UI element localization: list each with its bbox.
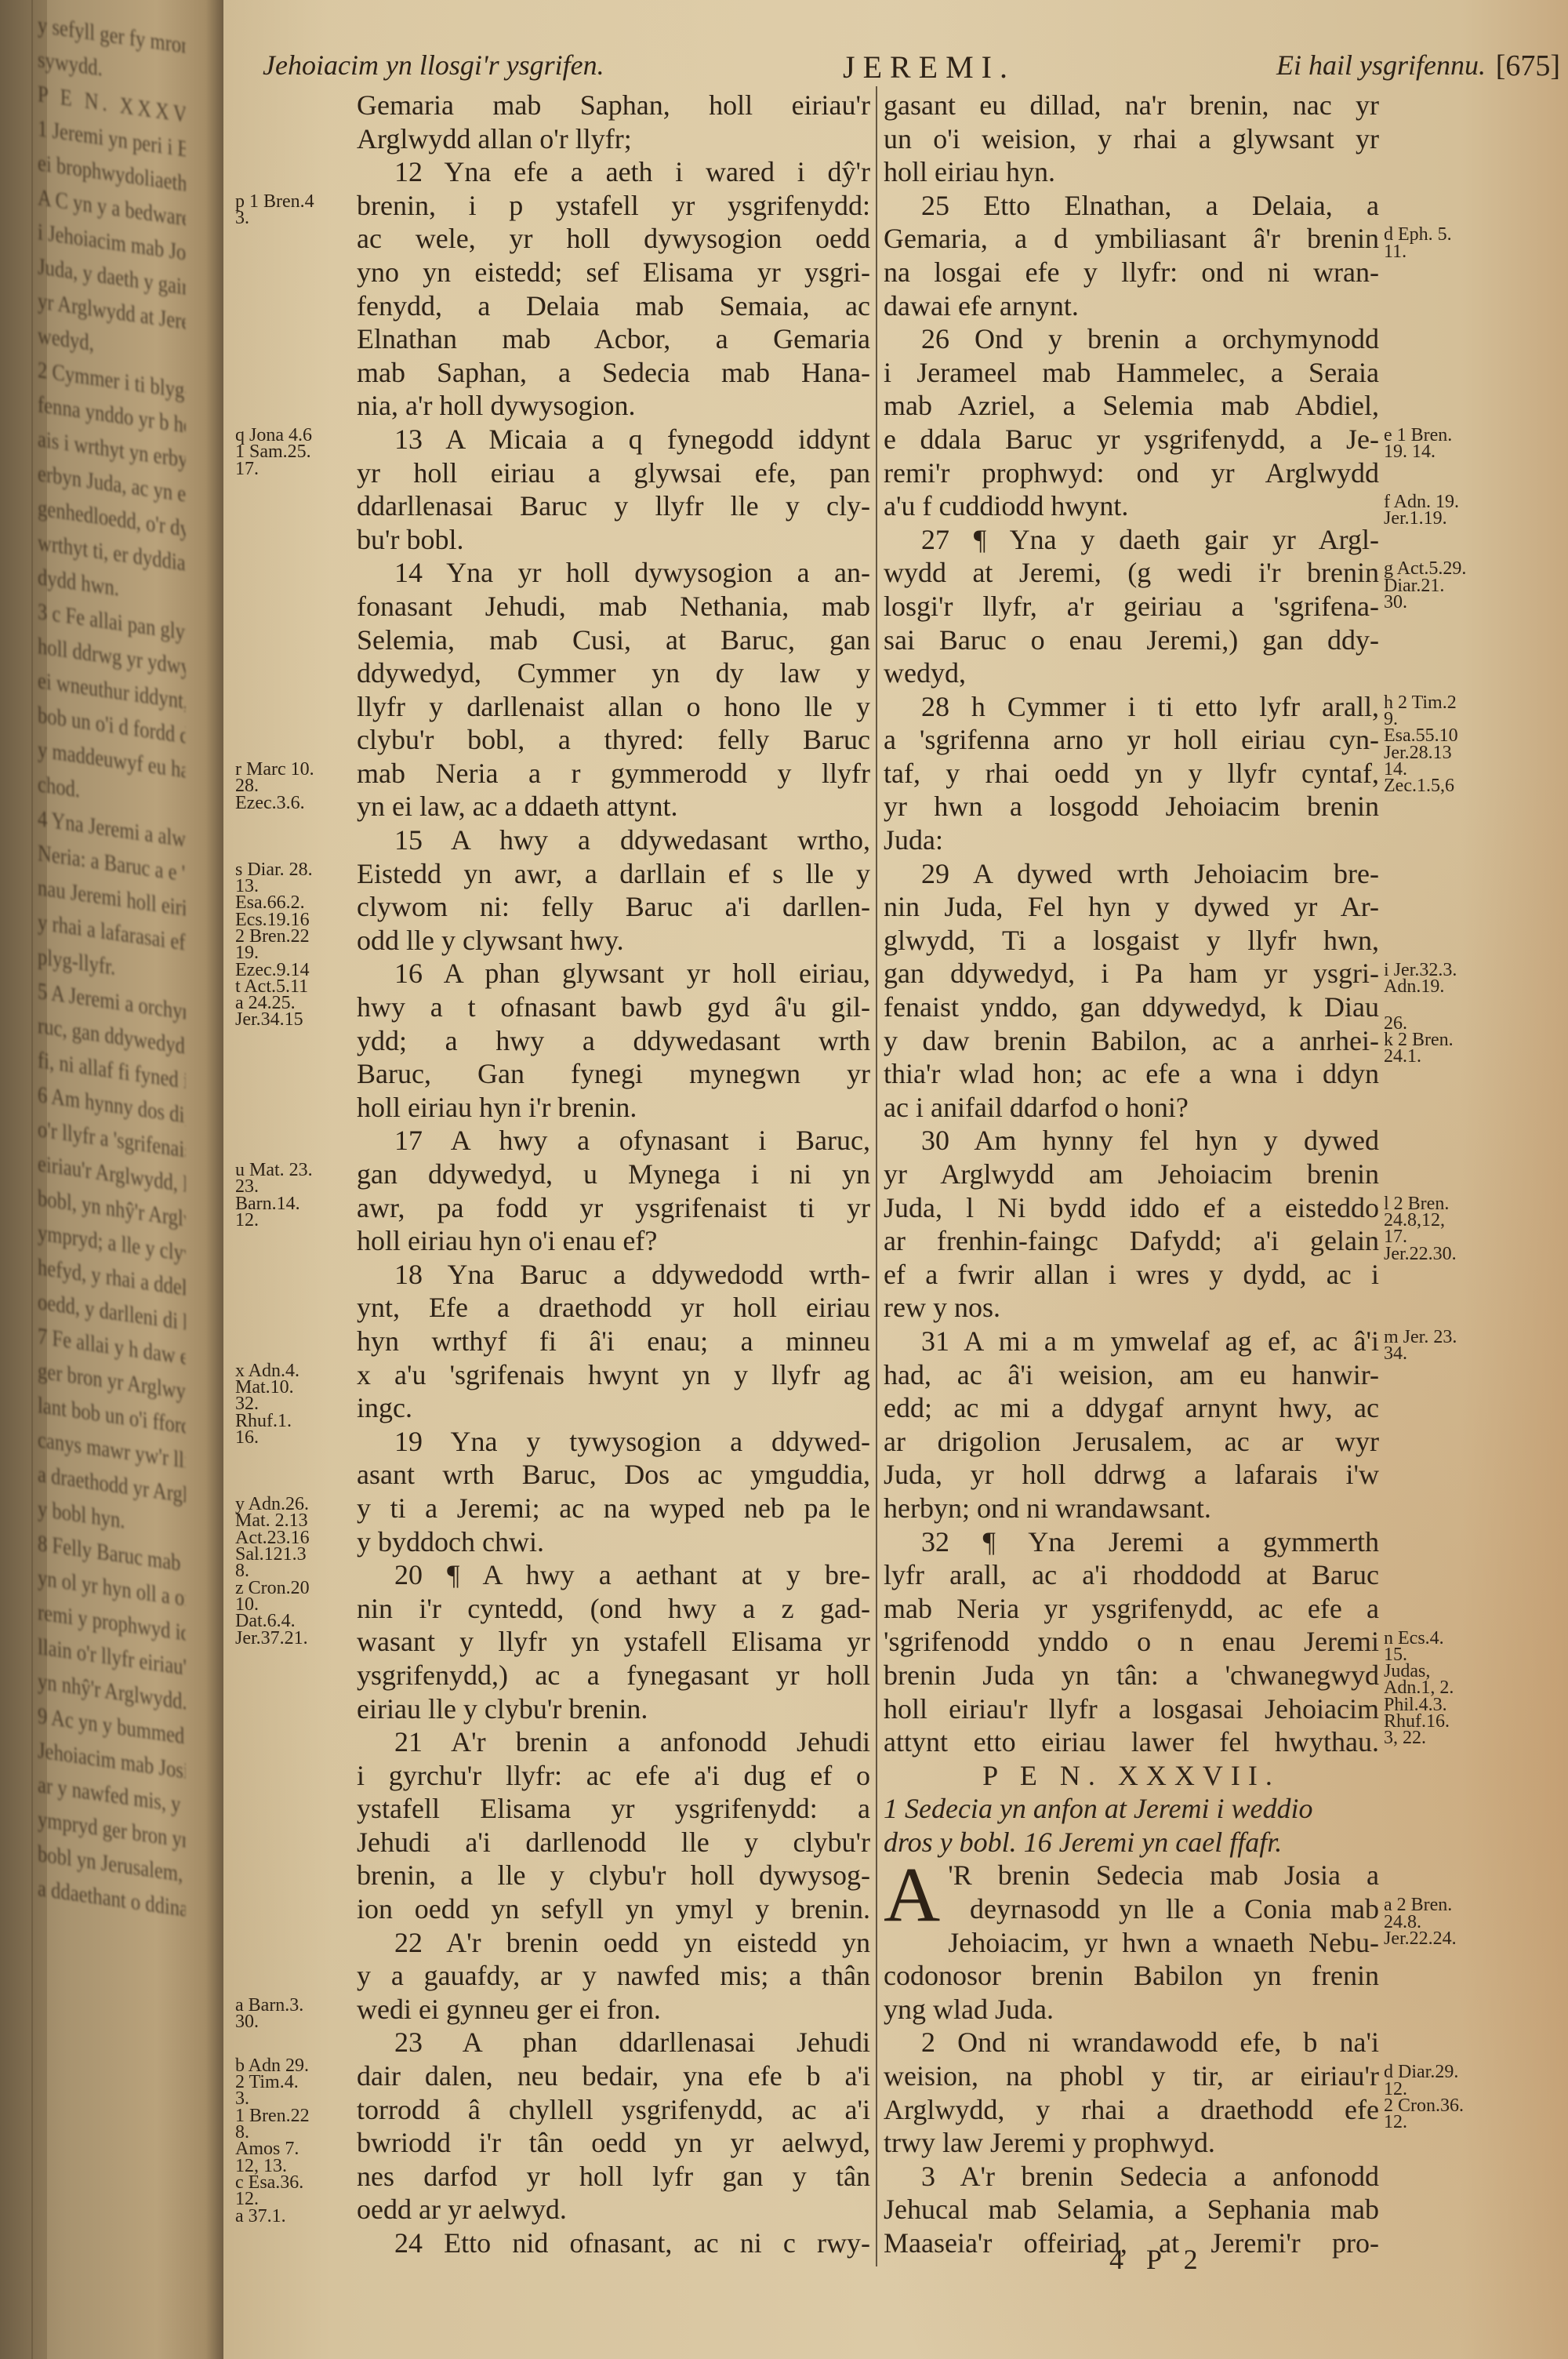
verse-line: mab Azriel, a Selemia mab Abdiel, [884,389,1379,423]
previous-page-text: y sefyll ger fy mron isywydd.P E N. XXXV… [38,8,186,1927]
verse-line: 19 Yna y tywysogion a ddywed- [357,1425,870,1459]
chapter-summary-line: dros y bobl. 16 Jeremi yn cael ffafr. [884,1826,1379,1859]
verse-line: eiriau lle y clybu'r brenin. [357,1692,870,1726]
verse-line: yno yn eistedd; sef Elisama yr ysgri- [357,256,870,289]
verse-line: 13 A Micaia a q fynegodd iddynt [357,423,870,456]
verse-line: nia, a'r holl dywysogion. [357,389,870,423]
right-text-column: gasant eu dillad, na'r brenin, nac yrun … [884,89,1379,2260]
verse-line: Elnathan mab Acbor, a Gemaria [357,322,870,356]
verse-line: 31 A mi a m ymwelaf ag ef, ac â'i [884,1325,1379,1358]
verse-line: ef a fwrir allan i wres y dydd, ac i [884,1258,1379,1292]
verse-line: dawai efe arnynt. [884,289,1379,323]
previous-page-curl: y sefyll ger fy mron isywydd.P E N. XXXV… [0,0,223,2359]
verse-line-text: 'R brenin Sedecia mab Josia a [948,1859,1379,1891]
verse-line: ddarllenasai Baruc y llyfr lle y cly- [357,489,870,523]
verse-line: Jehucal mab Selamia, a Sephania mab [884,2193,1379,2226]
verse-line: Selemia, mab Cusi, at Baruc, gan [357,623,870,657]
verse-line: taf, y rhai oedd yn y llyfr cyntaf, [884,757,1379,791]
cross-reference-note: b Adn 29. 2 Tim.4. 3. 1 Bren.22 8. Amos … [235,2058,310,2225]
verse-line: rew y nos. [884,1291,1379,1325]
verse-line: holl eiriau'r llyfr a losgasai Jehoiacim [884,1692,1379,1726]
cross-reference-note: m Jer. 23. 34. [1384,1329,1457,1363]
verse-line: wedi ei gynneu ger ei fron. [357,1993,870,2026]
cross-reference-note: u Mat. 23. 23. Barn.14. 12. [235,1162,313,1229]
verse-line: wydd at Jeremi, (g wedi i'r brenin [884,556,1379,590]
verse-line: odd lle y clywsant hwy. [357,924,870,958]
verse-line: 30 Am hynny fel hyn y dywed [884,1124,1379,1158]
verse-line: deyrnasodd yn lle a Conia mab [884,1892,1379,1926]
verse-line: a 'sgrifenna arno yr holl eiriau cyn- [884,723,1379,757]
verse-line: A'R brenin Sedecia mab Josia a [884,1859,1379,1892]
verse-line: mab Neria a r gymmerodd y llyfr [357,757,870,791]
verse-line: Jehoiacim, yr hwn a wnaeth Nebu- [884,1926,1379,1960]
verse-line: 14 Yna yr holl dywysogion a an- [357,556,870,590]
verse-line: yng wlad Juda. [884,1993,1379,2026]
verse-line: hyn wrthyf fi â'i enau; a minneu [357,1325,870,1358]
verse-line: 28 h Cymmer i ti etto lyfr arall, [884,690,1379,724]
verse-line: holl eiriau hyn i'r brenin. [357,1091,870,1125]
column-rule [876,86,877,2266]
verse-line: 20 ¶ A hwy a aethant at y bre- [357,1558,870,1592]
verse-line: attynt etto eiriau lawer fel hwythau. [884,1725,1379,1759]
left-text-column: Gemaria mab Saphan, holl eiriau'rArglwyd… [357,89,870,2260]
cross-reference-note: x Adn.4. Mat.10. 32. Rhuf.1. 16. [235,1363,299,1446]
verse-line: a'u f cuddiodd hwynt. [884,489,1379,523]
verse-line: asant wrth Baruc, Dos ac ymguddia, [357,1458,870,1492]
verse-line: holl eiriau hyn o'i enau ef? [357,1224,870,1258]
verse-line: yr hwn a losgodd Jehoiacim brenin [884,790,1379,823]
verse-line: fenaist ynddo, gan ddywedyd, k Diau [884,990,1379,1024]
verse-line: 2 Ond ni wrandawodd efe, b na'i [884,2026,1379,2059]
verse-line: Gemaria mab Saphan, holl eiriau'r [357,89,870,122]
verse-line: 16 A phan glywsant yr holl eiriau, [357,957,870,990]
verse-line: brenin, a lle y clybu'r holl dywysog- [357,1859,870,1892]
verse-line: ion oedd yn sefyll yn ymyl y brenin. [357,1892,870,1926]
verse-line: losgi'r llyfr, a'r geiriau a 'sgrifena- [884,590,1379,623]
verse-line: yr holl eiriau a glywsai efe, pan [357,456,870,490]
verse-line: fonasant Jehudi, mab Nethania, mab [357,590,870,623]
verse-line: yr Arglwydd am Jehoiacim brenin [884,1158,1379,1191]
verse-line: na losgai efe y llyfr: ond ni wran- [884,256,1379,289]
verse-line: ddywedyd, Cymmer yn dy law y [357,656,870,690]
cross-reference-note: e 1 Bren. 19. 14. [1384,427,1452,461]
cross-reference-note: 26. k 2 Bren. 24.1. [1384,1016,1454,1066]
verse-line: Gemaria, a d ymbiliasant â'r brenin [884,222,1379,256]
cross-reference-note: i Jer.32.3. Adn.19. [1384,962,1457,996]
verse-line: y daw brenin Babilon, ac a anrhei- [884,1024,1379,1058]
chapter-summary-line: 1 Sedecia yn anfon at Jeremi i weddio [884,1792,1379,1826]
verse-line: nin Juda, Fel hyn y dywed yr Ar- [884,890,1379,924]
verse-line: nin i'r cyntedd, (ond hwy a z gad- [357,1592,870,1626]
verse-line: ac i anifail ddarfod o honi? [884,1091,1379,1125]
verse-line: 23 A phan ddarllenasai Jehudi [357,2026,870,2059]
verse-line: had, ac â'i weision, am eu hanwir- [884,1358,1379,1392]
running-head-left: Jehoiacim yn llosgi'r ysgrifen. [263,49,604,82]
page-number: [675] [1496,49,1560,83]
running-head: Jehoiacim yn llosgi'r ysgrifen. JEREMI. … [263,49,1560,88]
verse-line: 3 A'r brenin Sedecia a anfonodd [884,2160,1379,2194]
verse-line: Juda, l Ni bydd iddo ef a eisteddo [884,1191,1379,1225]
verse-line: trwy law Jeremi y prophwyd. [884,2126,1379,2160]
verse-line: lyfr arall, ac a'i rhoddodd at Baruc [884,1558,1379,1592]
verse-line: llyfr y darllenaist allan o hono lle y [357,690,870,724]
verse-line: clywom ni: felly Baruc a'i darllen- [357,890,870,924]
verse-line: ynt, Efe a draethodd yr holl eiriau [357,1291,870,1325]
previous-page-column-rule [31,0,33,2359]
verse-line: un o'i weision, y rhai a glywsant yr [884,122,1379,156]
running-head-book-title: JEREMI. [843,49,1015,85]
verse-line: 18 Yna Baruc a ddywedodd wrth- [357,1258,870,1292]
cross-reference-note: f Adn. 19. Jer.1.19. [1384,494,1459,528]
cross-reference-note: d Eph. 5. 11. [1384,227,1452,260]
verse-line: 29 A dywed wrth Jehoiacim bre- [884,857,1379,891]
verse-line: ar drigolion Jerusalem, ac ar wyr [884,1425,1379,1459]
verse-line: Jehudi a'i darllenodd lle y clybu'r [357,1826,870,1859]
cross-reference-note: r Marc 10. 28. Ezec.3.6. [235,761,314,812]
cross-reference-note: y Adn.26. Mat. 2.13 Act.23.16 Sal.121.3 … [235,1496,310,1647]
verse-line: Baruc, Gan fynegi mynegwn yr [357,1057,870,1091]
verse-line: dair dalen, neu bedair, yna efe b a'i [357,2059,870,2093]
cross-reference-note: n Ecs.4. 15. Judas, Adn.1, 2. Phil.4.3. … [1384,1630,1454,1747]
verse-line: ysgrifenydd,) ac a fynegasant yr holl [357,1659,870,1692]
running-head-right: Ei hail ysgrifennu. [1276,49,1486,82]
verse-line: 15 A hwy a ddywedasant wrtho, [357,823,870,857]
verse-line: 26 Ond y brenin a orchymynodd [884,322,1379,356]
verse-line: ydd; a hwy a ddywedasant wrth [357,1024,870,1058]
verse-line: holl eiriau hyn. [884,155,1379,189]
verse-line: Juda: [884,823,1379,857]
drop-cap: A [884,1862,940,1928]
cross-reference-note: p 1 Bren.4 3. [235,194,314,227]
verse-line: gan ddywedyd, i Pa ham yr ysgri- [884,957,1379,990]
verse-line: remi'r prophwyd: ond yr Arglwydd [884,456,1379,490]
cross-reference-note: h 2 Tim.2 9. Esa.55.10 Jer.28.13 14. Zec… [1384,695,1458,795]
verse-line: codonosor brenin Babilon yn frenin [884,1959,1379,1993]
verse-line: 24 Etto nid ofnasant, ac ni c rwy- [357,2226,870,2260]
verse-line: 22 A'r brenin oedd yn eistedd yn [357,1926,870,1960]
verse-line: nes darfod yr holl lyfr gan y tân [357,2160,870,2194]
verse-line: herbyn; ond ni wrandawsant. [884,1492,1379,1525]
verse-line: ystafell Elisama yr ysgrifenydd: a [357,1792,870,1826]
verse-line: gasant eu dillad, na'r brenin, nac yr [884,89,1379,122]
verse-line: Arglwydd allan o'r llyfr; [357,122,870,156]
verse-line: wasant y llyfr yn ystafell Elisama yr [357,1625,870,1659]
verse-line: brenin, i p ystafell yr ysgrifenydd: [357,189,870,223]
verse-line: gan ddywedyd, u Mynega i ni yn [357,1158,870,1191]
cross-reference-note: d Diar.29. 12. 2 Cron.36. 12. [1384,2064,1464,2131]
verse-line: yn ei law, ac a ddaeth attynt. [357,790,870,823]
verse-line: ac wele, yr holl dywysogion oedd [357,222,870,256]
cross-reference-note: s Diar. 28. 13. Esa.66.2. Ecs.19.16 2 Br… [235,862,313,1029]
bible-page: Jehoiacim yn llosgi'r ysgrifen. JEREMI. … [223,0,1568,2359]
verse-line: clybu'r bobl, a thyred: felly Baruc [357,723,870,757]
verse-line: 21 A'r brenin a anfonodd Jehudi [357,1725,870,1759]
verse-line: y a gauafdy, ar y nawfed mis; a thân [357,1959,870,1993]
verse-line: i Jerameel mab Hammelec, a Seraia [884,356,1379,390]
verse-line: y byddoch chwi. [357,1525,870,1559]
verse-line: i gyrchu'r llyfr: ac efe a'i dug ef o [357,1759,870,1793]
verse-line: x a'u 'sgrifenais hwynt yn y llyfr ag [357,1358,870,1392]
signature-mark: 4 P 2 [1109,2243,1206,2276]
verse-line: weision, na phobl y tir, ar eiriau'r [884,2059,1379,2093]
cross-reference-note: q Jona 4.6 1 Sam.25. 17. [235,427,312,478]
verse-line: Arglwydd, y rhai a draethodd efe [884,2093,1379,2127]
verse-line: bwriodd i'r tân oedd yn yr aelwyd, [357,2126,870,2160]
verse-line: fenydd, a Delaia mab Semaia, ac [357,289,870,323]
verse-line: ingc. [357,1391,870,1425]
verse-line: mab Neria yr ysgrifenydd, ac efe a [884,1592,1379,1626]
verse-line: Juda, yr holl ddrwg a lafarais i'w [884,1458,1379,1492]
verse-line: ar frenhin-faingc Dafydd; a'i gelain [884,1224,1379,1258]
verse-line: brenin Juda yn tân: a 'chwanegwyd [884,1659,1379,1692]
chapter-heading: P E N. XXXVII. [884,1759,1379,1793]
verse-line: mab Saphan, a Sedecia mab Hana- [357,356,870,390]
verse-line: Eistedd yn awr, a darllain ef s lle y [357,857,870,891]
verse-line: 12 Yna efe a aeth i wared i dŷ'r [357,155,870,189]
verse-line: thia'r wlad hon; ac efe a wna i ddyn [884,1057,1379,1091]
verse-line: 'sgrifenodd ynddo o n enau Jeremi [884,1625,1379,1659]
verse-line: torrodd â chyllell ysgrifenydd, ac a'i [357,2093,870,2127]
verse-line: edd; ac mi a ddygaf arnynt hwy, ac [884,1391,1379,1425]
verse-line: 32 ¶ Yna Jeremi a gymmerth [884,1525,1379,1559]
verse-line: wedyd, [884,656,1379,690]
verse-line: awr, pa fodd yr ysgrifenaist ti yr [357,1191,870,1225]
verse-line: 27 ¶ Yna y daeth gair yr Argl- [884,523,1379,557]
cross-reference-note: a 2 Bren. 24.8. Jer.22.24. [1384,1897,1457,1947]
verse-line: glwydd, Ti a losgaist y llyfr hwn, [884,924,1379,958]
cross-reference-note: a Barn.3. 30. [235,1997,303,2031]
verse-line: 17 A hwy a ofynasant i Baruc, [357,1124,870,1158]
verse-line: y ti a Jeremi; ac na wyped neb pa le [357,1492,870,1525]
cross-reference-note: l 2 Bren. 24.8,12, 17. Jer.22.30. [1384,1196,1457,1263]
verse-line: 25 Etto Elnathan, a Delaia, a [884,189,1379,223]
verse-line: oedd ar yr aelwyd. [357,2193,870,2226]
cross-reference-note: g Act.5.29. Diar.21. 30. [1384,561,1466,611]
verse-line: hwy a t ofnasant bawb gyd â'u gil- [357,990,870,1024]
verse-line: bu'r bobl. [357,523,870,557]
verse-line: e ddala Baruc yr ysgrifenydd, a Je- [884,423,1379,456]
verse-line: sai Baruc o enau Jeremi,) gan ddy- [884,623,1379,657]
